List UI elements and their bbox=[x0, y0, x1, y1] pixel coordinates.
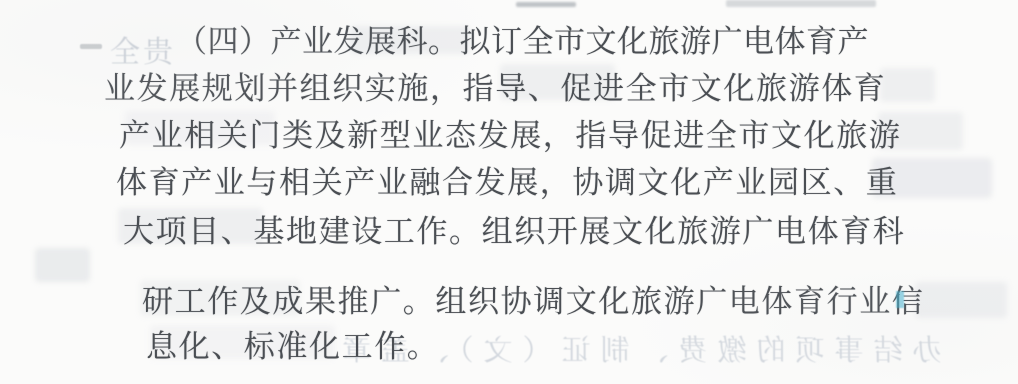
scan-streak bbox=[516, 2, 576, 7]
cyan-scan-artifact bbox=[896, 291, 904, 308]
paragraph-line-6: 研工作及成果推广。组织协调文化旅游广电体育行业信 bbox=[142, 285, 924, 319]
paragraph-line-1: （四）产业发展科。拟订全市文化旅游广电体育产 bbox=[176, 25, 869, 59]
scan-streak bbox=[80, 44, 102, 49]
bleedthrough-smudge bbox=[915, 282, 1007, 318]
scan-streak bbox=[726, 0, 876, 7]
paragraph-line-2: 业发展规划并组织实施，指导、促进全市文化旅游体育 bbox=[104, 72, 886, 106]
paragraph-line-7: 息化、标准化工作。 bbox=[146, 330, 439, 364]
paragraph-line-3: 产业相关门类及新型业态发展，指导促进全市文化旅游 bbox=[119, 119, 901, 153]
bleedthrough-text: 全贵 bbox=[110, 27, 176, 71]
paragraph-line-5: 大项目、基地建设工作。组织开展文化旅游广电体育科 bbox=[123, 215, 905, 249]
scanned-document-page: 全贵 办结事项的缴费、制证（文）、盖章 （四）产业发展科。拟订全市文化旅游广电体… bbox=[0, 0, 1018, 384]
bleedthrough-smudge bbox=[35, 248, 90, 282]
bleedthrough-smudge bbox=[880, 68, 935, 102]
paragraph-line-4: 体育产业与相关产业融合发展，协调文化产业园区、重 bbox=[116, 166, 898, 200]
